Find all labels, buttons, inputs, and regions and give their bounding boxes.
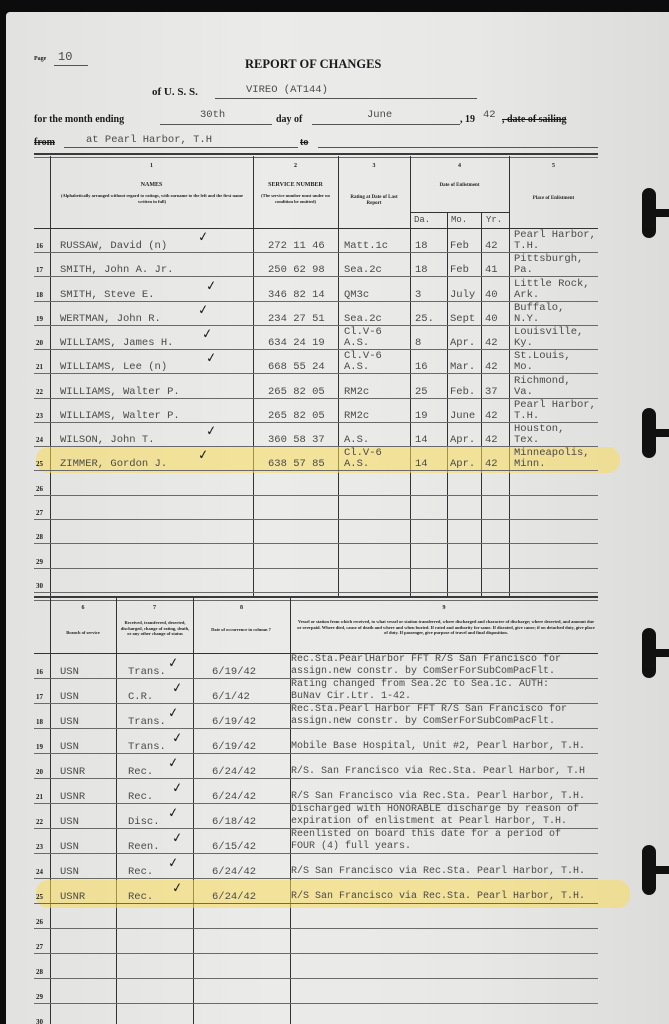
year-value: 42 (483, 109, 496, 121)
remarks-line2: R/S San Francisco via Rec.Sta. Pearl Har… (291, 866, 585, 877)
row-number: 27 (36, 509, 43, 517)
enlist-month: June (450, 410, 475, 422)
col-service-number-header: SERVICE NUMBER (253, 182, 338, 188)
enlist-month: Apr. (450, 337, 475, 349)
service-number: 265 82 05 (268, 410, 325, 422)
col-names-header: NAMES (50, 182, 253, 188)
checkmark-icon: ✓ (167, 805, 180, 821)
uss-label: of U. S. S. (152, 86, 198, 98)
checkmark-icon: ✓ (171, 730, 184, 746)
col3-number: 3 (338, 163, 410, 169)
crew-name: ZIMMER, Gordon J. (60, 458, 167, 470)
branch-of-service: USN (60, 666, 79, 678)
remarks-line2: BuNav Cir.Ltr. 1-42. (291, 691, 411, 702)
enlist-year: 42 (485, 361, 498, 373)
branch-of-service: USN (60, 816, 79, 828)
enlist-place-line2: T.H. (514, 240, 539, 252)
branch-of-service: USNR (60, 791, 85, 803)
enlist-year: 42 (485, 410, 498, 422)
checkmark-icon: ✓ (205, 350, 218, 366)
service-number: 360 58 37 (268, 434, 325, 446)
branch-of-service: USN (60, 841, 79, 853)
enlist-month: Apr. (450, 434, 475, 446)
row-number: 27 (36, 943, 43, 951)
rating: RM2c (344, 386, 369, 398)
row-number: 21 (36, 363, 43, 371)
row-number: 30 (36, 1018, 43, 1024)
enlist-day: 3 (415, 289, 421, 301)
branch-of-service: USN (60, 691, 79, 703)
enlist-day: 14 (415, 434, 428, 446)
occurrence-date: 6/19/42 (212, 716, 256, 728)
occurrence-date: 6/24/42 (212, 891, 256, 903)
checkmark-icon: ✓ (197, 229, 210, 245)
year-prefix: , 19 (460, 114, 475, 125)
crew-name: WILLIAMS, Walter P. (60, 386, 180, 398)
enlist-year: 42 (485, 434, 498, 446)
occurrence-date: 6/24/42 (212, 766, 256, 778)
enlist-place-line2: N.Y. (514, 313, 539, 325)
crew-name: WILLIAMS, Walter P. (60, 410, 180, 422)
enlist-place-line2: T.H. (514, 410, 539, 422)
row-number: 21 (36, 793, 43, 801)
remarks-line2: expiration of enlistment at Pearl Harbor… (291, 816, 567, 827)
row-number: 18 (36, 718, 43, 726)
col-enlistment-date-header: Date of Enlistment (410, 183, 509, 189)
page-number: 10 (58, 50, 72, 64)
enlist-year: 42 (485, 337, 498, 349)
enlist-place-line2: Minn. (514, 458, 546, 470)
remarks-line2: R/S San Francisco via Rec.Sta. Pearl Har… (291, 791, 585, 802)
service-number: 234 27 51 (268, 313, 325, 325)
change-of-status: Rec. (128, 866, 153, 878)
enlist-day: 19 (415, 410, 428, 422)
remarks-line2: assign.new constr. by ComSerForSubComPac… (291, 666, 555, 677)
service-number: 250 62 98 (268, 264, 325, 276)
rating: Sea.2c (344, 264, 382, 276)
checkmark-icon: ✓ (197, 447, 210, 463)
change-of-status: Rec. (128, 791, 153, 803)
row-number: 17 (36, 693, 43, 701)
change-of-status: Reen. (128, 841, 160, 853)
checkmark-icon: ✓ (167, 655, 180, 671)
change-of-status: Rec. (128, 891, 153, 903)
enlist-place-line2: Tex. (514, 434, 539, 446)
occurrence-date: 6/15/42 (212, 841, 256, 853)
col-branch-header: Branch of service (52, 630, 114, 636)
row-number: 24 (36, 436, 43, 444)
occurrence-date: 6/19/42 (212, 666, 256, 678)
checkmark-icon: ✓ (205, 423, 218, 439)
crew-name: WERTMAN, John R. (60, 313, 161, 325)
change-of-status: Trans. (128, 741, 166, 753)
service-number: 638 57 85 (268, 458, 325, 470)
row-number: 26 (36, 485, 43, 493)
document-title: REPORT OF CHANGES (245, 57, 381, 72)
enlist-year: 42 (485, 458, 498, 470)
vessel-name: VIREO (AT144) (246, 84, 328, 96)
enlist-place-line2: Mo. (514, 361, 533, 373)
row-number: 20 (36, 768, 43, 776)
enlist-year: 40 (485, 313, 498, 325)
occurrence-date: 6/18/42 (212, 816, 256, 828)
col1-number: 1 (50, 163, 253, 169)
from-value: at Pearl Harbor, T.H (86, 134, 212, 146)
checkmark-icon: ✓ (171, 680, 184, 696)
remarks-line2: FOUR (4) full years. (291, 841, 411, 852)
row-number: 22 (36, 388, 43, 396)
enlist-place-line2: Va. (514, 386, 533, 398)
row-number: 30 (36, 582, 43, 590)
enlist-day: 18 (415, 240, 428, 252)
rating: A.S. (344, 434, 369, 446)
row-number: 22 (36, 818, 43, 826)
rating: A.S. (344, 458, 369, 470)
row-number: 16 (36, 242, 43, 250)
enlist-month: July (450, 289, 475, 301)
remarks-line2: R/S. San Francisco via Rec.Sta. Pearl Ha… (291, 766, 585, 777)
remarks-line2: Mobile Base Hospital, Unit #2, Pearl Har… (291, 741, 585, 752)
checkmark-icon: ✓ (171, 880, 184, 896)
remarks-line2: R/S San Francisco via Rec.Sta. Pearl Har… (291, 891, 585, 902)
row-number: 19 (36, 743, 43, 751)
col8-number: 8 (193, 605, 290, 611)
checkmark-icon: ✓ (167, 705, 180, 721)
enlist-day: 14 (415, 458, 428, 470)
row-number: 23 (36, 412, 43, 420)
col-day-header: Da. (414, 215, 430, 225)
occurrence-date: 6/19/42 (212, 741, 256, 753)
change-of-status: Trans. (128, 716, 166, 728)
enlist-month: Sept (450, 313, 475, 325)
remarks-line1: Discharged with HONORABLE discharge by r… (291, 804, 579, 815)
row-number: 18 (36, 291, 43, 299)
col-remarks-header: Vessel or station from which received, t… (296, 619, 596, 636)
branch-of-service: USN (60, 866, 79, 878)
branch-of-service: USN (60, 741, 79, 753)
row-number: 17 (36, 266, 43, 274)
branch-of-service: USN (60, 716, 79, 728)
rating: QM3c (344, 289, 369, 301)
col5-number: 5 (509, 163, 598, 169)
crew-name: WILSON, John T. (60, 434, 155, 446)
checkmark-icon: ✓ (201, 326, 214, 342)
enlist-day: 8 (415, 337, 421, 349)
enlist-day: 16 (415, 361, 428, 373)
enlist-place-line2: Ky. (514, 337, 533, 349)
remarks-line1: Rating changed from Sea.2c to Sea.1c. AU… (291, 679, 549, 690)
day-value: 30th (200, 109, 225, 121)
col-place-header: Place of Enlistment (509, 196, 598, 202)
enlist-year: 42 (485, 240, 498, 252)
row-number: 20 (36, 339, 43, 347)
row-number: 23 (36, 843, 43, 851)
occurrence-date: 6/24/42 (212, 791, 256, 803)
checkmark-icon: ✓ (167, 855, 180, 871)
branch-of-service: USNR (60, 891, 85, 903)
checkmark-icon: ✓ (205, 278, 218, 294)
col-date-header: Date of occurrence in column 7 (205, 627, 277, 633)
date-of-sailing-label: , date of sailing (502, 114, 566, 125)
change-of-status: Trans. (128, 666, 166, 678)
remarks-line2: assign.new constr. by ComSerForSubComPac… (291, 716, 555, 727)
rating: RM2c (344, 410, 369, 422)
col-month-header: Mo. (451, 215, 467, 225)
row-number: 16 (36, 668, 43, 676)
checkmark-icon: ✓ (171, 830, 184, 846)
day-of-label: day of (276, 114, 302, 125)
checkmark-icon: ✓ (171, 780, 184, 796)
rating: Sea.2c (344, 313, 382, 325)
col-rating-header: Rating at Date of Last Report (345, 195, 403, 206)
crew-name: RUSSAW, David (n) (60, 240, 167, 252)
crew-name: WILLIAMS, Lee (n) (60, 361, 167, 373)
occurrence-date: 6/24/42 (212, 866, 256, 878)
col-service-number-subheader: (The service number must under no condit… (258, 193, 333, 204)
col-change-header: Received, transferred, deserted, dischar… (120, 620, 190, 637)
row-number: 28 (36, 533, 43, 541)
row-number: 25 (36, 893, 43, 901)
remarks-line1: Rec.Sta.PearlHarbor FFT R/S San Francisc… (291, 654, 561, 665)
enlist-month: Feb (450, 240, 469, 252)
enlist-year: 41 (485, 264, 498, 276)
enlist-year: 37 (485, 386, 498, 398)
rating: A.S. (344, 337, 369, 349)
page-label: Page (34, 56, 46, 62)
month-value: June (367, 109, 392, 121)
to-label: to (300, 137, 308, 148)
enlist-place-line2: Pa. (514, 264, 533, 276)
service-number: 634 24 19 (268, 337, 325, 349)
change-of-status: Rec. (128, 766, 153, 778)
row-number: 24 (36, 868, 43, 876)
enlist-month: Feb. (450, 386, 475, 398)
enlist-month: Apr. (450, 458, 475, 470)
enlist-day: 18 (415, 264, 428, 276)
checkmark-icon: ✓ (197, 302, 210, 318)
row-number: 29 (36, 558, 43, 566)
rating: A.S. (344, 361, 369, 373)
service-number: 668 55 24 (268, 361, 325, 373)
occurrence-date: 6/1/42 (212, 691, 250, 703)
enlist-year: 40 (485, 289, 498, 301)
service-number: 265 82 05 (268, 386, 325, 398)
remarks-line1: Reenlisted on board this date for a peri… (291, 829, 561, 840)
enlist-place-line2: Ark. (514, 289, 539, 301)
branch-of-service: USNR (60, 766, 85, 778)
month-ending-label: for the month ending (34, 114, 124, 125)
enlist-month: Mar. (450, 361, 475, 373)
enlist-day: 25. (415, 313, 434, 325)
change-of-status: Disc. (128, 816, 160, 828)
row-number: 28 (36, 968, 43, 976)
service-number: 346 82 14 (268, 289, 325, 301)
col2-number: 2 (253, 163, 338, 169)
col4-number: 4 (410, 163, 509, 169)
row-number: 29 (36, 993, 43, 1001)
checkmark-icon: ✓ (167, 755, 180, 771)
change-of-status: C.R. (128, 691, 153, 703)
service-number: 272 11 46 (268, 240, 325, 252)
enlist-day: 25 (415, 386, 428, 398)
crew-name: WILLIAMS, James H. (60, 337, 173, 349)
row-number: 19 (36, 315, 43, 323)
remarks-line1: Rec.Sta.Pearl Harbor FFT R/S San Francis… (291, 704, 567, 715)
enlist-month: Feb (450, 264, 469, 276)
col9-number: 9 (290, 605, 598, 611)
rating: Matt.1c (344, 240, 388, 252)
col7-number: 7 (116, 605, 193, 611)
crew-name: SMITH, John A. Jr. (60, 264, 173, 276)
from-label: from (34, 137, 55, 148)
col-year-header: Yr. (486, 215, 502, 225)
crew-name: SMITH, Steve E. (60, 289, 155, 301)
col-names-subheader: (Alphabetically arranged without regard … (56, 193, 248, 204)
row-number: 25 (36, 460, 43, 468)
col6-number: 6 (50, 605, 116, 611)
row-number: 26 (36, 918, 43, 926)
